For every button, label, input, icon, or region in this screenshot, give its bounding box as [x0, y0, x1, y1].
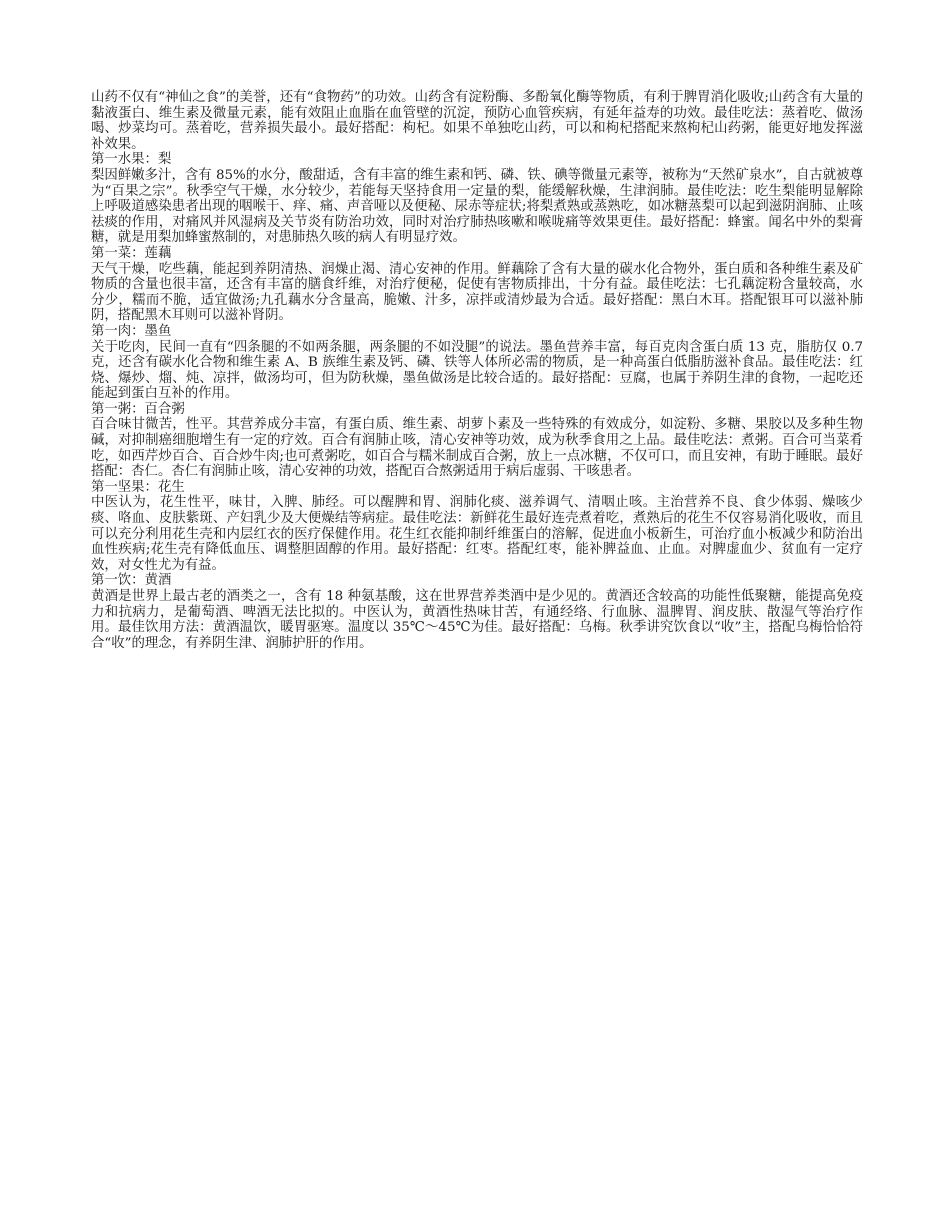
section-body-fruit-pear: 梨因鲜嫩多汁，含有 85%的水分，酸甜适，含有丰富的维生素和钙、磷、铁、碘等微量…: [91, 168, 863, 246]
intro-paragraph-yam: 山药不仅有“神仙之食”的美誉，还有“食物药”的功效。山药含有淀粉酶、多酚氧化酶等…: [91, 90, 863, 152]
section-heading-meat-cuttlefish: 第一肉：墨鱼: [91, 324, 863, 340]
section-heading-porridge-lily: 第一粥：百合粥: [91, 402, 863, 418]
section-body-meat-cuttlefish: 关于吃肉，民间一直有“四条腿的不如两条腿，两条腿的不如没腿”的说法。墨鱼营养丰富…: [91, 340, 863, 402]
section-body-vegetable-lotus-root: 天气干燥，吃些藕，能起到养阴清热、润燥止渴、清心安神的作用。鲜藕除了含有大量的碳…: [91, 262, 863, 324]
section-body-nut-peanut: 中医认为，花生性平，味甘，入脾、肺经。可以醒脾和胃、润肺化痰、滋养调气、清咽止咳…: [91, 495, 863, 573]
section-heading-vegetable-lotus-root: 第一菜：莲藕: [91, 246, 863, 262]
section-heading-drink-yellow-wine: 第一饮：黄酒: [91, 573, 863, 589]
section-heading-nut-peanut: 第一坚果：花生: [91, 480, 863, 496]
section-body-porridge-lily: 百合味甘微苦，性平。其营养成分丰富，有蛋白质、维生素、胡萝卜素及一些特殊的有效成…: [91, 417, 863, 479]
section-heading-fruit-pear: 第一水果：梨: [91, 152, 863, 168]
section-body-drink-yellow-wine: 黄酒是世界上最古老的酒类之一，含有 18 种氨基酸，这在世界营养类酒中是少见的。…: [91, 589, 863, 651]
document-page: 山药不仅有“神仙之食”的美誉，还有“食物药”的功效。山药含有淀粉酶、多酚氧化酶等…: [91, 90, 863, 651]
